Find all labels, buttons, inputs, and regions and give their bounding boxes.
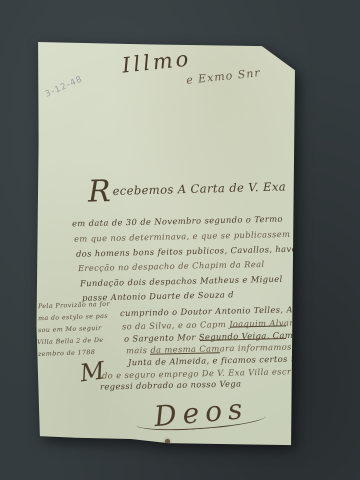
margin-note-line: ma do estylo se pas bbox=[38, 313, 108, 322]
paper-hole-spot bbox=[165, 439, 170, 444]
margin-note-dateline: zembro de 1788 bbox=[38, 349, 95, 358]
body-line: em que nos determinava, e que se publica… bbox=[74, 228, 313, 243]
manuscript-paper: Illmo e Exmo Snr 3-12-48 Recebemos A Car… bbox=[36, 40, 296, 448]
body-line: Fundação dois despachos Matheus e Miguel bbox=[80, 274, 283, 289]
body-line: so da Silva, e ao Capm Joaquim Alvares V… bbox=[122, 317, 332, 332]
body-line: Erecção no despacho de Chapim da Real bbox=[78, 259, 265, 273]
photo-stage: Illmo e Exmo Snr 3-12-48 Recebemos A Car… bbox=[0, 0, 360, 480]
margin-note-dateline: Villa Bella 2 de De bbox=[37, 337, 104, 346]
paraph-rubric-flourish: M bbox=[78, 357, 104, 388]
pencil-catalog-mark: 3-12-48 bbox=[44, 74, 85, 99]
paper-shadow-wrap: Illmo e Exmo Snr 3-12-48 Recebemos A Car… bbox=[0, 0, 360, 480]
body-line: o Sargento Mor Segundo Veiga, Campo e Al… bbox=[124, 328, 360, 343]
heading-honorific-flourish: Illmo bbox=[121, 46, 192, 77]
body-line: dos homens bons feitos publicos, Cavallo… bbox=[76, 243, 314, 258]
opening-line: Recebemos A Carta de V. Exa bbox=[88, 179, 286, 198]
body-line: regessi dobrado ao nosso Vega bbox=[100, 378, 242, 391]
body-line: em data de 30 de Novembro segundo o Term… bbox=[72, 214, 283, 229]
body-line: Junta de Almeida, e ficamos certos no re… bbox=[128, 353, 334, 368]
heading-honorific-line2: e Exmo Snr bbox=[186, 66, 262, 87]
body-line: cumprindo o Doutor Antonio Telles, Affon bbox=[120, 304, 311, 318]
margin-note-line: Pela Provizão na for bbox=[38, 301, 110, 311]
opening-initial-flourish: R bbox=[88, 174, 114, 210]
margin-note-line: sou em Mo seguir bbox=[38, 325, 102, 334]
opening-text: ecebemos A Carta de V. Exa bbox=[112, 179, 286, 198]
